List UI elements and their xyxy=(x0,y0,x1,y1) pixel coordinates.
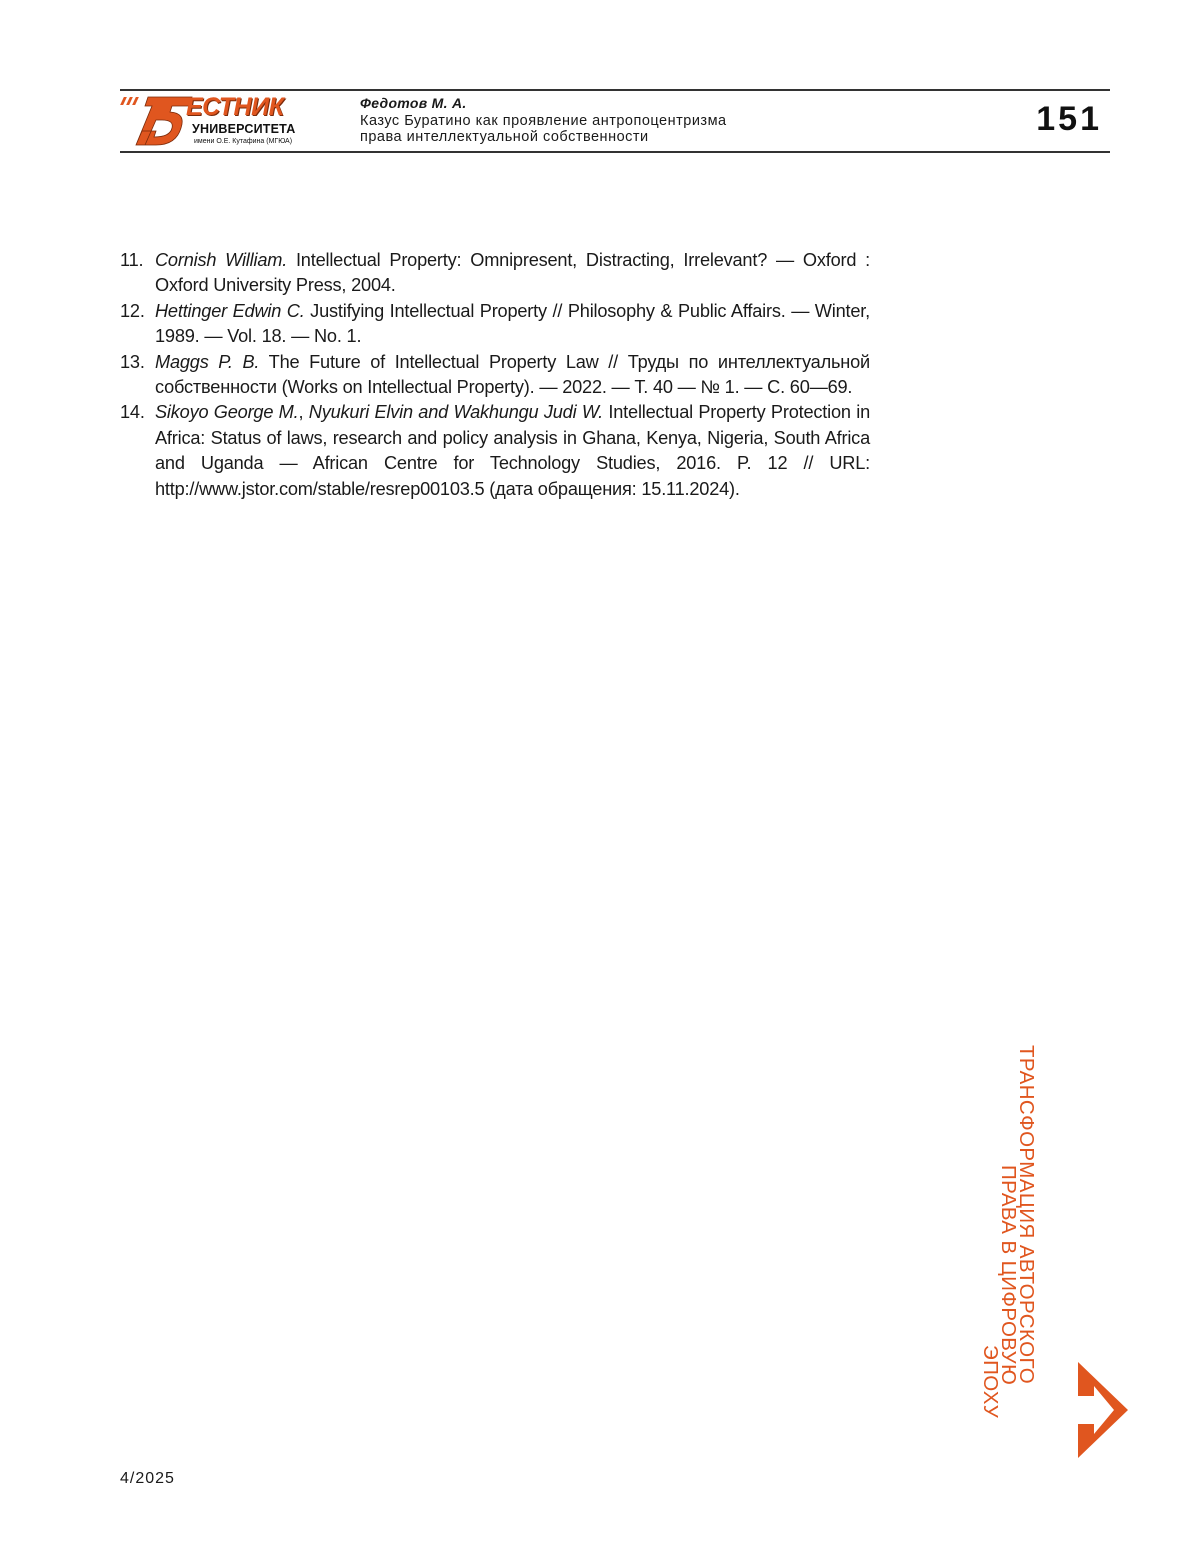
section-side-title: ТРАНСФОРМАЦИЯ АВТОРСКОГО ПРАВА В ЦИФРОВУ… xyxy=(1000,1045,1070,1425)
section-arrow-icon xyxy=(1076,1360,1130,1460)
reference-authors: Sikoyo George M. xyxy=(155,402,299,422)
page-header: ЕСТНИК УНИВЕРСИТЕТА имени О.Е. Кутафина … xyxy=(120,89,1110,153)
page-number: 151 xyxy=(1036,99,1102,139)
reference-authors: Maggs P. B. xyxy=(155,352,259,372)
reference-number: 13. xyxy=(120,350,145,375)
logo-caption: имени О.Е. Кутафина (МГЮА) xyxy=(194,138,292,145)
issue-number: 4/2025 xyxy=(120,1470,175,1488)
reference-separator: , xyxy=(299,402,309,422)
reference-number: 14. xyxy=(120,400,145,425)
logo-subtitle: УНИВЕРСИТЕТА xyxy=(192,123,295,136)
journal-logo: ЕСТНИК УНИВЕРСИТЕТА имени О.Е. Кутафина … xyxy=(120,93,320,149)
article-title-line-1: Казус Буратино как проявление антропоцен… xyxy=(360,113,727,129)
reference-item: 12. Hettinger Edwin C. Justifying Intell… xyxy=(120,299,870,350)
article-author: Федотов М. А. xyxy=(360,95,467,111)
article-title-line-2: права интеллектуальной собственности xyxy=(360,129,727,145)
logo-title: ЕСТНИК xyxy=(186,95,283,120)
article-title: Казус Буратино как проявление антропоцен… xyxy=(360,113,727,145)
reference-authors-2: Nyukuri Elvin and Wakhungu Judi W. xyxy=(309,402,603,422)
reference-number: 12. xyxy=(120,299,145,324)
reference-authors: Cornish William. xyxy=(155,250,287,270)
reference-item: 14. Sikoyo George M., Nyukuri Elvin and … xyxy=(120,400,870,502)
logo-letter-v-icon xyxy=(134,95,194,147)
reference-authors: Hettinger Edwin C. xyxy=(155,301,305,321)
side-title-line-3: ЭПОХУ xyxy=(980,1345,1001,1418)
reference-number: 11. xyxy=(120,248,143,273)
reference-text: The Future of Intellectual Property Law … xyxy=(155,352,870,397)
reference-item: 11. Cornish William. Intellectual Proper… xyxy=(120,248,870,299)
references-list: 11. Cornish William. Intellectual Proper… xyxy=(120,248,870,502)
reference-item: 13. Maggs P. B. The Future of Intellectu… xyxy=(120,350,870,401)
